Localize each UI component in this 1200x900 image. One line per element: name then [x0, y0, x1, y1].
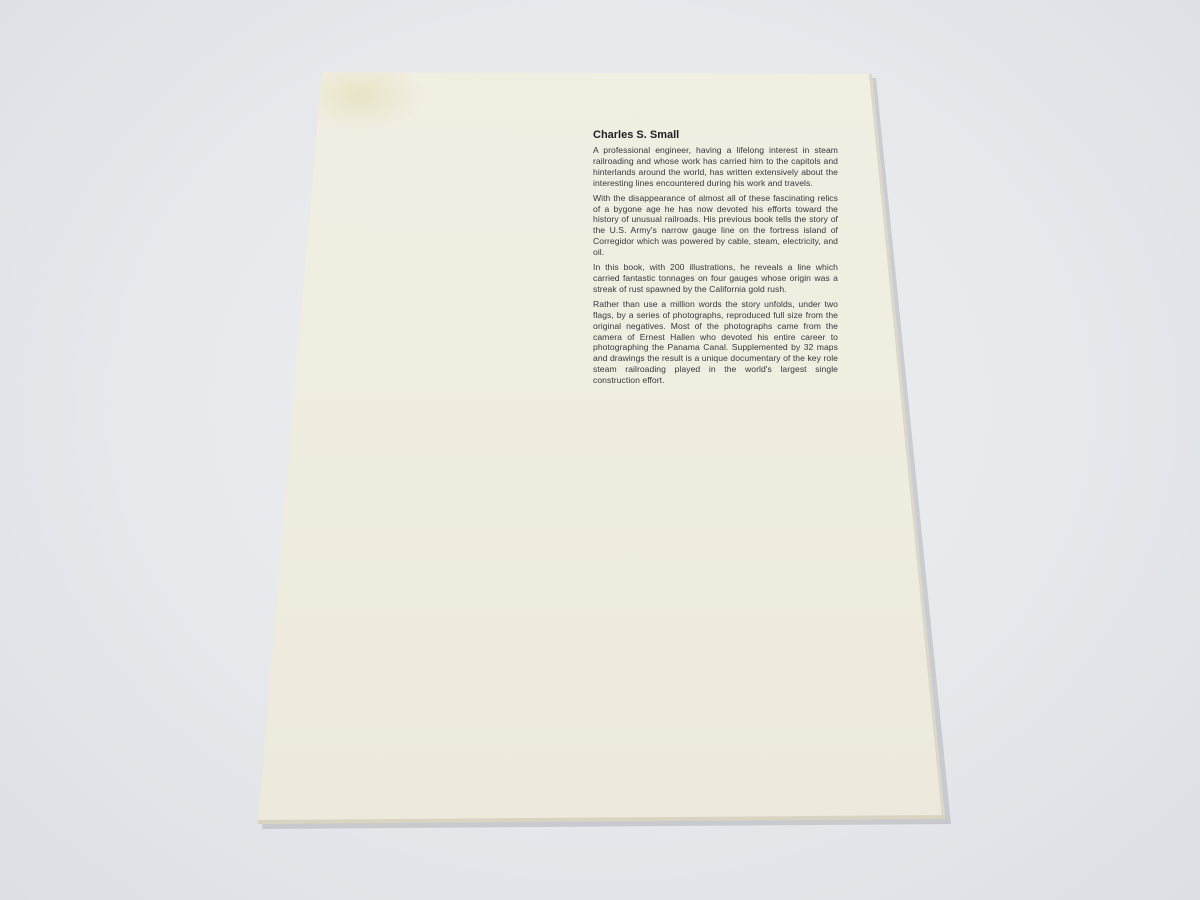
bio-paragraph-4: Rather than use a million words the stor…	[593, 299, 838, 386]
bio-paragraph-1: A professional engineer, having a lifelo…	[593, 145, 838, 189]
bio-paragraph-2: With the disappearance of almost all of …	[593, 193, 838, 258]
author-heading: Charles S. Small	[593, 129, 838, 142]
bio-paragraph-3: In this book, with 200 illustrations, he…	[593, 262, 838, 295]
author-bio-block: Charles S. Small A professional engineer…	[593, 129, 838, 390]
